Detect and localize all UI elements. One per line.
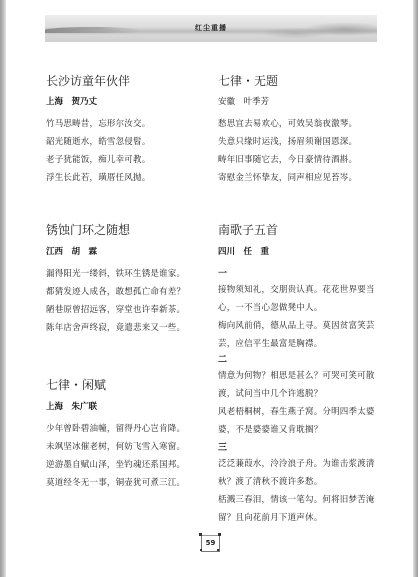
poem-author: 上海 贺乃丈 xyxy=(46,95,97,107)
poem-line: 韶光随逝水，皓雪忽侵髫。 xyxy=(46,135,150,147)
corner-ornament xyxy=(200,549,202,551)
poem-line: 莫道经冬无一事，铜壶犹可煮三江。 xyxy=(46,476,185,488)
section-number: 二 xyxy=(218,352,227,365)
poem-line: 畴年旧事随它去，今日豪情待酒斟。 xyxy=(218,153,357,165)
poem-line: 梅向风前俏，德从品上寻。莫因贫富笑芸 xyxy=(218,319,375,331)
poem-title: 锈蚀门环之随想 xyxy=(46,221,130,238)
poem-line: 都猜发迹人成各，敢想孤亡命有差？ xyxy=(46,285,185,297)
poem-line: 陋巷原曾招远客，穿堂也许奉新茶。 xyxy=(46,303,185,315)
poem-line: 渡，试问当中几个许逃脱？ xyxy=(218,387,322,399)
poem-line: 竹马思畴昔，忘形尔汝交。 xyxy=(46,117,150,129)
poem-line: 心，一不当心忽做凳中人。 xyxy=(218,301,322,313)
poem-line: 情意为何物？相思是甚么？可哭可笑可散 xyxy=(218,369,375,381)
poem-line: 少年曾卧碧油幢，留得丹心岂肯降。 xyxy=(46,422,185,434)
poem-title: 南歌子五首 xyxy=(218,221,278,238)
poem-line: 陈年店舍声终寂，竟遣悲来又一些。 xyxy=(46,321,185,333)
poem-line: 留？且向花前月下道声休。 xyxy=(218,511,322,523)
page-number-text: 59 xyxy=(206,539,216,547)
header-title: 红尘重播 xyxy=(195,23,227,33)
poem-title: 七律・闲赋 xyxy=(46,376,106,393)
poem-line: 接物须知礼，交朋贵认真。花花世界要当 xyxy=(218,283,375,295)
poem-line: 逆游墨自赋山泽，坐钓魂还系国邦。 xyxy=(46,458,185,470)
section-number: 一 xyxy=(218,266,227,279)
poem-line: 愁思宜去易欢心，可效吴翁夜激琴。 xyxy=(218,117,357,129)
corner-ornament xyxy=(218,533,221,536)
poem-line: 未飒坚冰催老树，何妨飞雪入寒窗。 xyxy=(46,440,185,452)
poem-line: 婆，不是婆婆谁又肯耽搁？ xyxy=(218,423,322,435)
poem-line: 秋？渡了清秋不渡许多愁。 xyxy=(218,475,322,487)
corner-ornament xyxy=(217,549,219,551)
poem-line: 栝溅三春泪，情该一笔勾。何将旧梦苦淹 xyxy=(218,493,375,505)
poem-title: 七律・无题 xyxy=(218,72,278,89)
poem-line: 老子犹能饭，痴儿幸可教。 xyxy=(46,153,150,165)
landscape-decoration xyxy=(45,27,140,33)
page-frame-right xyxy=(413,0,418,577)
poem-title: 长沙访童年伙伴 xyxy=(46,72,130,89)
poem-line: 芸，应信平生最富是胸襟。 xyxy=(218,337,322,349)
poem-line: 风老梧桐树，春生燕子窝。分明四季太婆 xyxy=(218,405,375,417)
poem-author: 上海 朱广联 xyxy=(46,400,97,412)
poem-line: 寄慰金兰怀挚友，同声相应见苔岑。 xyxy=(218,171,357,183)
poem-author: 安徽 叶季芳 xyxy=(218,95,269,107)
poem-author: 四川 任 重 xyxy=(218,245,269,257)
poem-line: 失意只缘时运浅，扬眉须谢国恩深。 xyxy=(218,135,357,147)
section-number: 三 xyxy=(218,440,227,453)
poem-line: 浮生长此若，璜厝任风抛。 xyxy=(46,171,150,183)
page-frame-left xyxy=(0,0,6,577)
corner-ornament xyxy=(199,533,202,536)
poem-line: 泛泛蒹葭水，泠泠浪子舟。为谁击浆渡清 xyxy=(218,457,375,469)
header-banner: 红尘重播 xyxy=(45,15,377,42)
poem-line: 漏得阳光一缕斜，铁环生锈是谁家。 xyxy=(46,267,185,279)
poem-author: 江西 胡 霖 xyxy=(46,245,97,257)
